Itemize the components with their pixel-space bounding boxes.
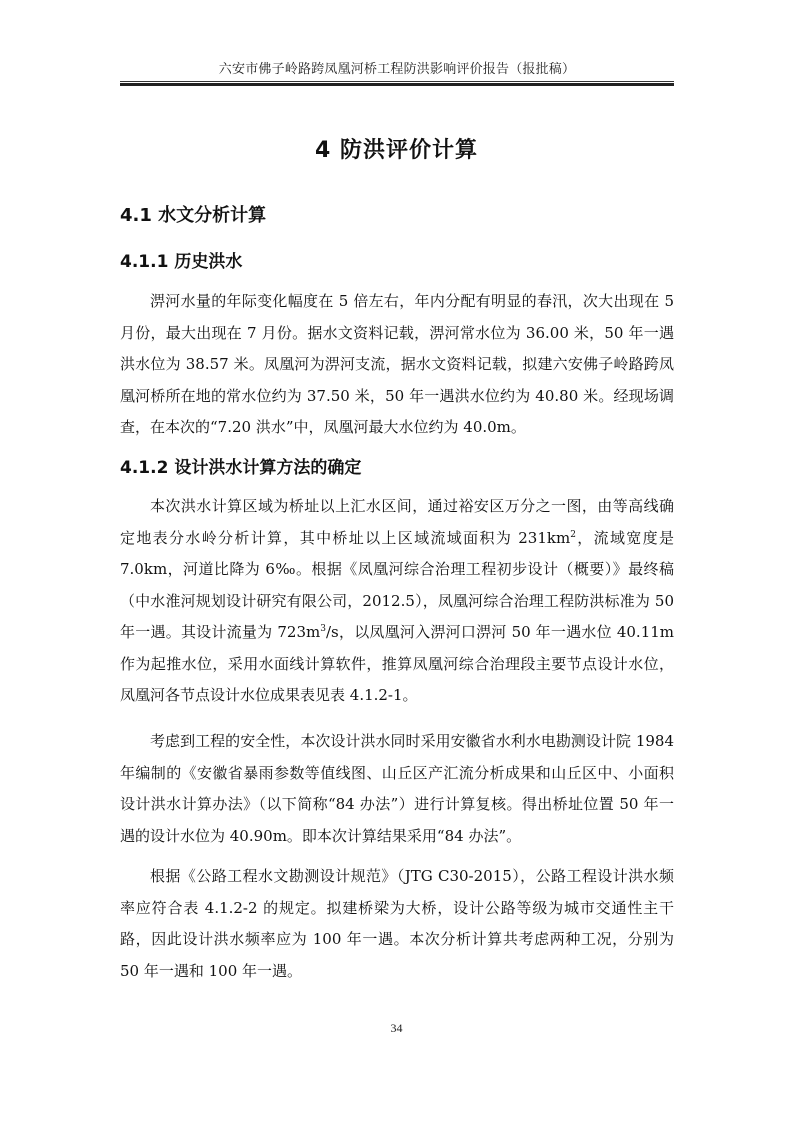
header-rule-thick: [120, 83, 674, 86]
paragraph-design-flood-method: 本次洪水计算区域为桥址以上汇水区间，通过裕安区万分之一图，由等高线确定地表分水岭…: [120, 491, 674, 712]
document-page: 六安市佛子岭路跨凤凰河桥工程防洪影响评价报告（报批稿） 4 防洪评价计算 4.1…: [0, 0, 793, 1122]
section-heading-4-1: 4.1 水文分析计算: [120, 201, 266, 227]
paragraph-design-frequency: 根据《公路工程水文勘测设计规范》（JTG C30-2015），公路工程设计洪水频…: [120, 861, 674, 987]
header-rule: [120, 81, 674, 87]
paragraph-84-method: 考虑到工程的安全性，本次设计洪水同时采用安徽省水利水电勘测设计院 1984 年编…: [120, 726, 674, 852]
paragraph-historical-flood: 淠河水量的年际变化幅度在 5 倍左右，年内分配有明显的春汛，次大出现在 5 月份…: [120, 286, 674, 444]
header-rule-thin: [120, 81, 674, 82]
section-heading-4-1-1: 4.1.1 历史洪水: [120, 247, 242, 272]
running-header: 六安市佛子岭路跨凤凰河桥工程防洪影响评价报告（报批稿）: [120, 58, 674, 77]
section-heading-4-1-2: 4.1.2 设计洪水计算方法的确定: [120, 453, 361, 478]
chapter-title: 4 防洪评价计算: [0, 133, 793, 164]
page-number: 34: [0, 1021, 793, 1036]
